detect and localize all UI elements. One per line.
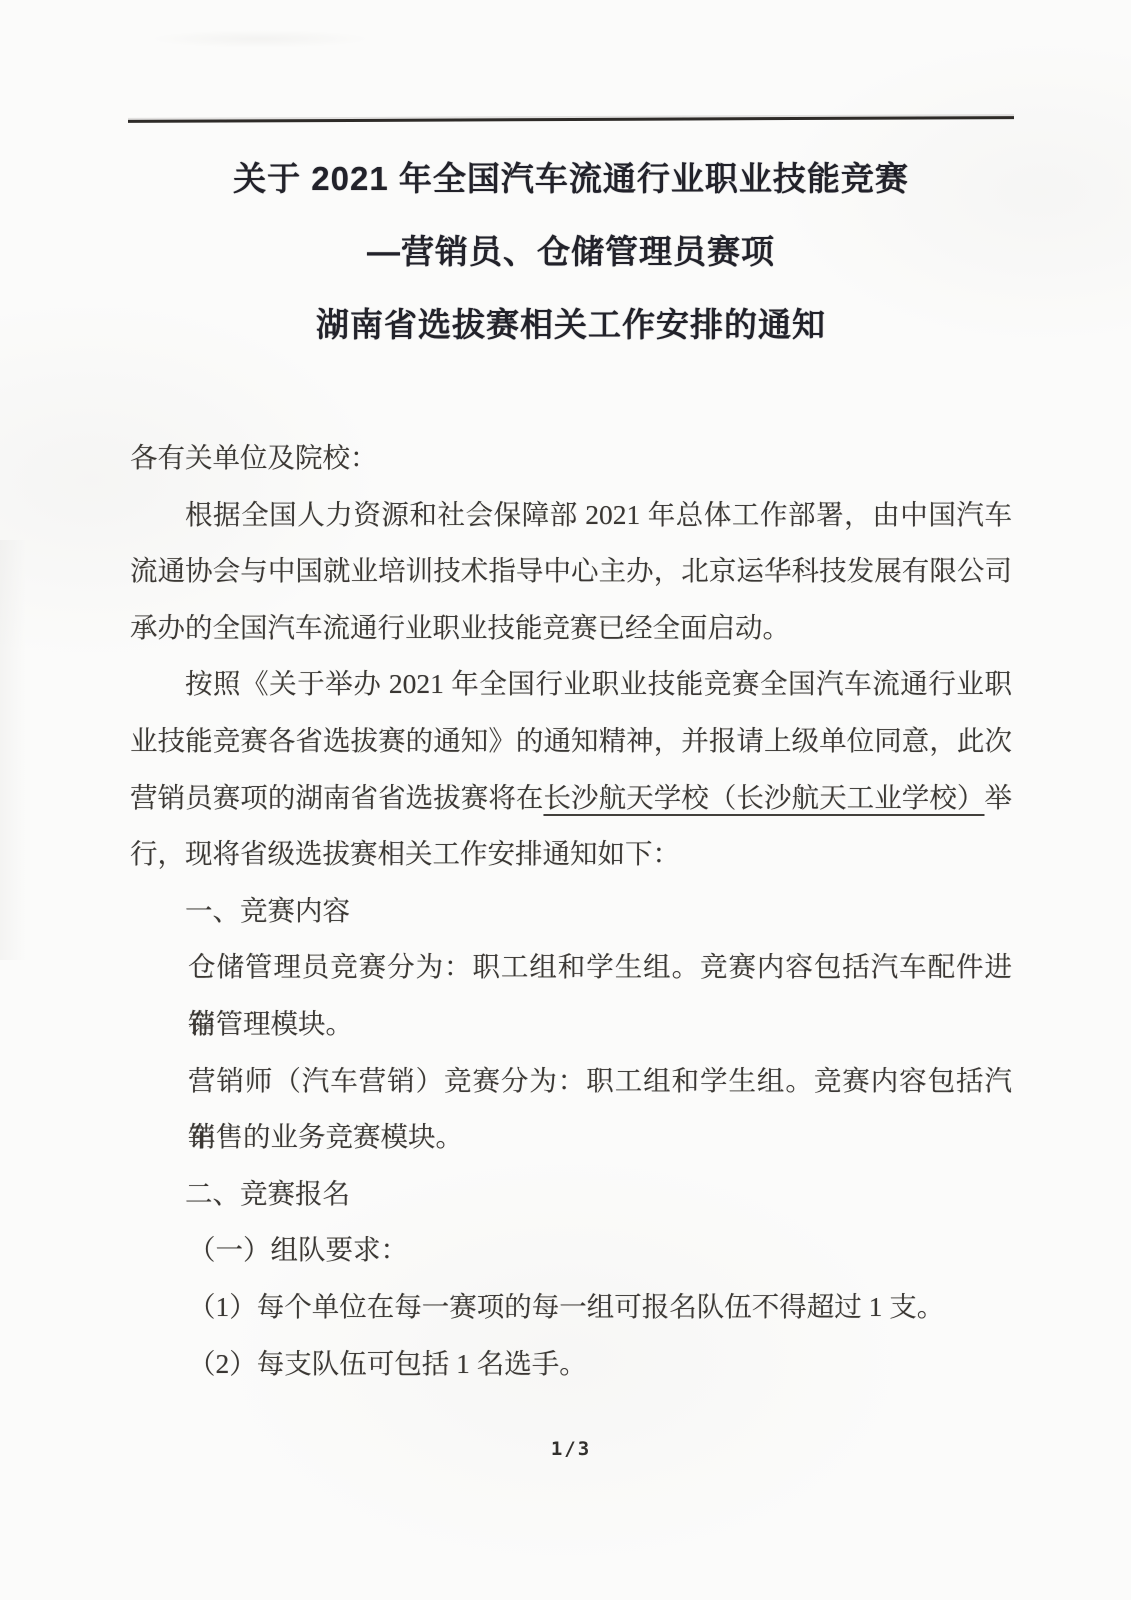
scan-artifact xyxy=(0,540,26,960)
scan-artifact xyxy=(150,30,370,48)
page-number: 1/3 xyxy=(130,1438,1012,1460)
document-line: 按照《关于举办 2021 年全国行业职业技能竞赛全国汽车流通行业职 xyxy=(130,656,1012,713)
document-line: 流通协会与中国就业培训技术指导中心主办，北京运华科技发展有限公司 xyxy=(130,543,1012,600)
title-line-3: 湖南省选拔赛相关工作安排的通知 xyxy=(130,286,1012,359)
title-line-2: —营销员、仓储管理员赛项 xyxy=(130,213,1012,286)
document-line: 承办的全国汽车流通行业职业技能竞赛已经全面启动。 xyxy=(130,600,1012,657)
document-line: 一、竞赛内容 xyxy=(130,883,1012,940)
document-line: 行，现将省级选拔赛相关工作安排通知如下： xyxy=(130,826,1012,883)
document-line: 营销员赛项的湖南省省选拔赛将在长沙航天学校（长沙航天工业学校）举 xyxy=(130,770,1012,827)
title-line-1: 关于 2021 年全国汽车流通行业职业技能竞赛 xyxy=(130,140,1012,213)
document-body: 各有关单位及院校：根据全国人力资源和社会保障部 2021 年总体工作部署，由中国… xyxy=(130,430,1012,1392)
horizontal-rule xyxy=(128,116,1014,123)
document-line: 根据全国人力资源和社会保障部 2021 年总体工作部署，由中国汽车 xyxy=(130,487,1012,544)
document-line: 各有关单位及院校： xyxy=(130,430,1012,487)
document-title: 关于 2021 年全国汽车流通行业职业技能竞赛 —营销员、仓储管理员赛项 湖南省… xyxy=(130,140,1012,359)
document-line: 二、竞赛报名 xyxy=(130,1166,1012,1223)
document-line: 存管理模块。 xyxy=(188,996,1012,1053)
document-line: 销售的业务竞赛模块。 xyxy=(188,1109,1012,1166)
document-line: 业技能竞赛各省选拔赛的通知》的通知精神，并报请上级单位同意，此次 xyxy=(130,713,1012,770)
document-line: （1）每个单位在每一赛项的每一组可报名队伍不得超过 1 支。 xyxy=(188,1279,1012,1336)
document-line: 仓储管理员竞赛分为：职工组和学生组。竞赛内容包括汽车配件进销 xyxy=(188,939,1012,996)
document-line: （2）每支队伍可包括 1 名选手。 xyxy=(188,1336,1012,1393)
document-line: （一）组队要求： xyxy=(188,1222,1012,1279)
line-text: 营销员赛项的湖南省省选拔赛将在 xyxy=(130,782,543,813)
document-page: 关于 2021 年全国汽车流通行业职业技能竞赛 —营销员、仓储管理员赛项 湖南省… xyxy=(0,0,1131,1600)
line-text: 举 xyxy=(985,782,1013,813)
underlined-venue-name: 长沙航天学校（长沙航天工业学校） xyxy=(543,782,984,813)
document-line: 营销师（汽车营销）竞赛分为：职工组和学生组。竞赛内容包括汽车 xyxy=(188,1053,1012,1110)
